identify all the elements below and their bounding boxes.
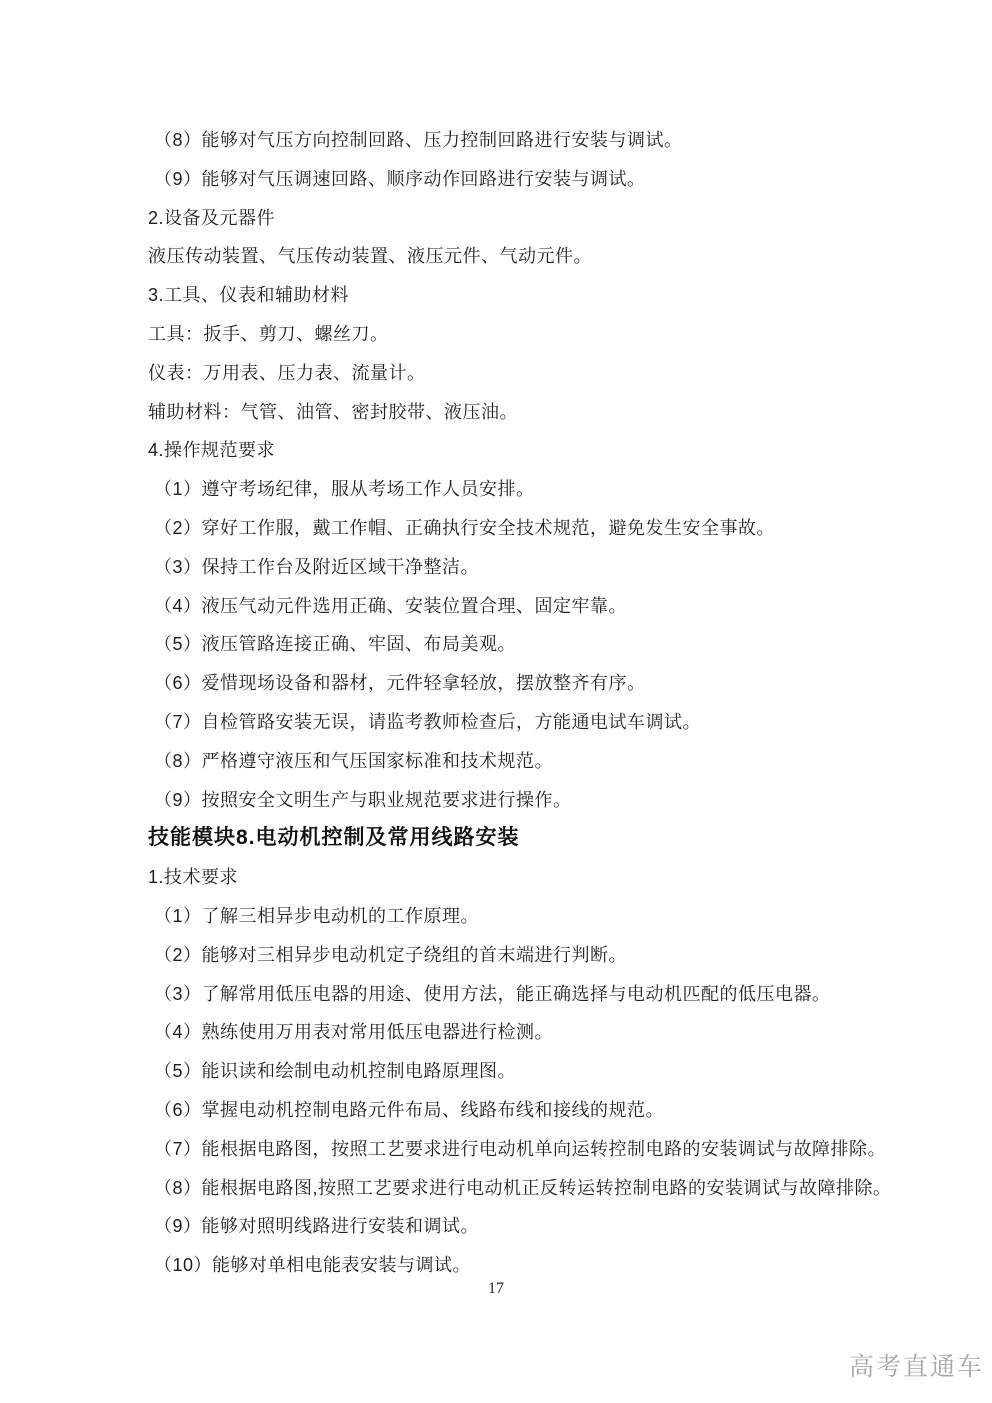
text-line: 辅助材料：气管、油管、密封胶带、液压油。 [148, 393, 872, 432]
text-line: 1.技术要求 [148, 858, 872, 897]
text-line: （3）保持工作台及附近区域干净整洁。 [148, 548, 872, 587]
text-line: （3）了解常用低压电器的用途、使用方法，能正确选择与电动机匹配的低压电器。 [148, 975, 872, 1014]
text-line: （4）液压气动元件选用正确、安装位置合理、固定牢靠。 [148, 587, 872, 626]
text-line: （5）液压管路连接正确、牢固、布局美观。 [148, 625, 872, 664]
text-line: 4.操作规范要求 [148, 431, 872, 470]
text-lines-container: （8）能够对气压方向控制回路、压力控制回路进行安装与调试。（9）能够对气压调速回… [148, 121, 872, 1285]
text-line: （6）掌握电动机控制电路元件布局、线路布线和接线的规范。 [148, 1091, 872, 1130]
text-line: 2.设备及元器件 [148, 199, 872, 238]
text-line: （7）自检管路安装无误，请监考教师检查后，方能通电试车调试。 [148, 703, 872, 742]
page-number: 17 [0, 1280, 992, 1298]
text-line: 液压传动装置、气压传动装置、液压元件、气动元件。 [148, 237, 872, 276]
text-line: （1）了解三相异步电动机的工作原理。 [148, 897, 872, 936]
watermark: 高考直通车 [849, 1347, 984, 1383]
document-page: （8）能够对气压方向控制回路、压力控制回路进行安装与调试。（9）能够对气压调速回… [0, 0, 992, 1403]
module-heading: 技能模块8.电动机控制及常用线路安装 [148, 819, 872, 858]
text-line: （5）能识读和绘制电动机控制电路原理图。 [148, 1052, 872, 1091]
text-line: 工具：扳手、剪刀、螺丝刀。 [148, 315, 872, 354]
text-line: （2）穿好工作服，戴工作帽、正确执行安全技术规范，避免发生安全事故。 [148, 509, 872, 548]
text-line: （8）能根据电路图,按照工艺要求进行电动机正反转运转控制电路的安装调试与故障排除… [148, 1169, 872, 1208]
text-line: 仪表：万用表、压力表、流量计。 [148, 354, 872, 393]
text-line: （7）能根据电路图，按照工艺要求进行电动机单向运转控制电路的安装调试与故障排除。 [148, 1130, 872, 1169]
text-line: （4）熟练使用万用表对常用低压电器进行检测。 [148, 1013, 872, 1052]
text-line: （6）爱惜现场设备和器材，元件轻拿轻放，摆放整齐有序。 [148, 664, 872, 703]
document-body: （8）能够对气压方向控制回路、压力控制回路进行安装与调试。（9）能够对气压调速回… [148, 121, 872, 1285]
text-line: （9）按照安全文明生产与职业规范要求进行操作。 [148, 781, 872, 820]
text-line: （2）能够对三相异步电动机定子绕组的首末端进行判断。 [148, 936, 872, 975]
text-line: （1）遵守考场纪律，服从考场工作人员安排。 [148, 470, 872, 509]
text-line: （8）严格遵守液压和气压国家标准和技术规范。 [148, 742, 872, 781]
text-line: （9）能够对气压调速回路、顺序动作回路进行安装与调试。 [148, 160, 872, 199]
text-line: （8）能够对气压方向控制回路、压力控制回路进行安装与调试。 [148, 121, 872, 160]
text-line: 3.工具、仪表和辅助材料 [148, 276, 872, 315]
text-line: （9）能够对照明线路进行安装和调试。 [148, 1207, 872, 1246]
